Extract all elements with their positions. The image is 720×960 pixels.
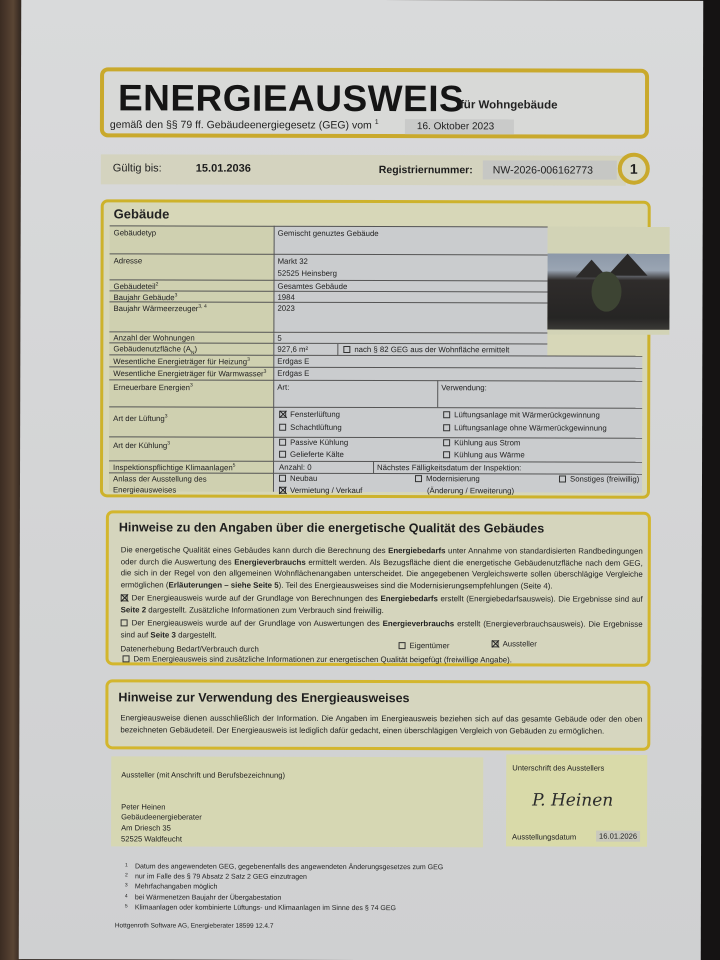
issuer-street: Am Driesch 35 <box>121 823 171 832</box>
building-photo <box>547 253 669 329</box>
issuer-label: Aussteller (mit Anschrift und Berufsbeze… <box>121 770 285 779</box>
units-value: 5 <box>277 334 281 343</box>
footnote: 4bei Wärmenetzen Baujahr der Übergabesta… <box>125 892 443 903</box>
cooling-option[interactable]: Kühlung aus Strom <box>443 438 520 447</box>
building-section: Gebäude Gebäudetyp Gemischt genuztes Geb… <box>100 199 651 498</box>
quality-notes-paragraph: Die energetische Qualität eines Gebäudes… <box>121 544 643 591</box>
ac-count: Anzahl: 0 <box>279 463 312 472</box>
usage-notes-section: Hinweise zur Verwendung des Energieauswe… <box>105 679 650 750</box>
building-type-value: Gemischt genuztes Gebäude <box>278 229 379 238</box>
checkbox-modernization[interactable] <box>415 475 422 482</box>
ventilation-option[interactable]: Fensterlüftung <box>279 410 340 419</box>
document-subtitle: für Wohngebäude <box>460 99 558 111</box>
cooling-option[interactable]: Passive Kühlung <box>279 438 348 447</box>
background-edge-right <box>700 0 720 960</box>
area-label: Gebäudenutzfläche (AN) <box>113 344 197 356</box>
reason-label-line2: Energieausweises <box>113 485 176 494</box>
address-line1: Markt 32 <box>278 257 308 266</box>
signature: P. Heinen <box>532 790 613 810</box>
signature-label: Unterschrift des Ausstellers <box>512 763 604 772</box>
footnote: 3Mehrfachangaben möglich <box>125 882 443 893</box>
consumption-option[interactable]: Der Energieausweis wurde auf der Grundla… <box>121 617 643 641</box>
checkbox-rent-sale[interactable] <box>279 487 286 494</box>
cooling-label: Art der Kühlung3 <box>113 440 170 450</box>
footnote: 5Klimaanlagen oder kombinierte Lüftungs-… <box>125 902 443 913</box>
energy-certificate-page: ENERGIEAUSWEIS für Wohngebäude gemäß den… <box>19 0 704 960</box>
renewables-use-label: Verwendung: <box>441 383 487 392</box>
building-type-label: Gebäudetyp <box>114 228 157 237</box>
area-method-option[interactable]: nach § 82 GEG aus der Wohnfläche ermitte… <box>343 345 509 354</box>
footnotes: 1Datum des angewendeten GEG, gegebenenfa… <box>125 861 443 913</box>
year-building-label: Baujahr Gebäude3 <box>113 292 177 302</box>
data-collection-issuer[interactable]: Aussteller <box>492 639 537 648</box>
checkbox-other[interactable] <box>559 476 566 483</box>
validity-bar: Gültig bis: 15.01.2036 Registriernummer:… <box>101 154 626 185</box>
issuer-city: 52525 Waldfeucht <box>121 834 182 843</box>
registration-number: NW-2026-006162773 <box>483 160 617 179</box>
ac-inspection-label: Inspektionspflichtige Klimaanlagen5 <box>113 462 235 472</box>
checkbox-shaft-ventilation[interactable] <box>279 424 286 431</box>
issuer-profession: Gebäudeenergieberater <box>121 812 202 821</box>
ventilation-option[interactable]: Lüftungsanlage mit Wärmerückgewinnung <box>443 410 600 419</box>
building-part-value: Gesamtes Gebäude <box>277 282 347 291</box>
checkbox-issuer[interactable] <box>492 640 499 647</box>
data-collection-owner[interactable]: Eigentümer <box>399 641 450 650</box>
quality-notes-section: Hinweise zu den Angaben über die energet… <box>106 510 651 666</box>
ventilation-option[interactable]: Schachtlüftung <box>279 423 342 432</box>
checkbox-area-method[interactable] <box>343 346 350 353</box>
software-credit: Hottgenroth Software AG, Energieberater … <box>115 922 274 929</box>
quality-notes-title: Hinweise zu den Angaben über die energet… <box>119 520 544 535</box>
renewables-type-label: Art: <box>277 383 289 392</box>
signature-box: Unterschrift des Ausstellers P. Heinen A… <box>506 754 647 846</box>
checkbox-owner[interactable] <box>399 642 406 649</box>
address-label: Adresse <box>114 256 143 265</box>
demand-option[interactable]: Der Energieausweis wurde auf der Grundla… <box>121 592 643 616</box>
reason-option[interactable]: Sonstiges (freiwillig) <box>559 475 639 484</box>
checkbox-ventilation-without-recovery[interactable] <box>443 424 450 431</box>
document-title: ENERGIEAUSWEIS <box>118 77 464 120</box>
reason-label-line1: Anlass der Ausstellung des <box>113 474 207 483</box>
area-value: 927,6 m² <box>277 345 308 354</box>
issue-date-label: Ausstellungsdatum <box>512 832 576 841</box>
checkbox-cooling-from-heat[interactable] <box>443 451 450 458</box>
checkbox-window-ventilation[interactable] <box>279 411 286 418</box>
registration-label: Registriernummer: <box>379 164 473 176</box>
cooling-option[interactable]: Gelieferte Kälte <box>279 450 344 459</box>
water-carrier-label: Wesentliche Energieträger für Warmwasser… <box>113 368 266 378</box>
cooling-option[interactable]: Kühlung aus Wärme <box>443 450 525 459</box>
building-section-title: Gebäude <box>114 206 170 221</box>
water-carrier-value: Erdgas E <box>277 369 309 378</box>
usage-notes-title: Hinweise zur Verwendung des Energieauswe… <box>118 690 409 705</box>
checkbox-demand-certificate[interactable] <box>121 594 128 601</box>
building-part-label: Gebäudeteil2 <box>113 281 158 291</box>
valid-until-date: 15.01.2036 <box>196 163 251 175</box>
data-collection-label: Datenerhebung Bedarf/Verbrauch durch <box>121 644 259 653</box>
ventilation-label: Art der Lüftung3 <box>113 413 167 423</box>
address-line2: 52525 Heinsberg <box>278 269 337 278</box>
reason-option[interactable]: Modernisierung <box>415 474 480 483</box>
units-label: Anzahl der Wohnungen <box>113 333 194 342</box>
checkbox-additional-info[interactable] <box>123 655 130 662</box>
checkbox-cooling-from-power[interactable] <box>443 439 450 446</box>
heating-carrier-label: Wesentliche Energieträger für Heizung3 <box>113 356 250 366</box>
title-box: ENERGIEAUSWEIS für Wohngebäude gemäß den… <box>100 67 649 138</box>
valid-until-label: Gültig bis: <box>113 162 162 174</box>
checkbox-new-building[interactable] <box>279 475 286 482</box>
issue-date: 16.01.2026 <box>596 831 640 842</box>
ventilation-option[interactable]: Lüftungsanlage ohne Wärmerückgewinnung <box>443 423 607 432</box>
page-number-badge: 1 <box>618 153 650 185</box>
reason-option[interactable]: Vermietung / Verkauf <box>279 486 362 495</box>
checkbox-consumption-certificate[interactable] <box>121 619 128 626</box>
additional-info-option[interactable]: Dem Energieausweis sind zusätzliche Info… <box>123 654 512 664</box>
year-building-value: 1984 <box>277 293 294 302</box>
law-text: gemäß den §§ 79 ff. Gebäudeenergiegesetz… <box>110 119 372 132</box>
law-reference: gemäß den §§ 79 ff. Gebäudeenergiegesetz… <box>110 118 379 131</box>
renewables-label: Erneuerbare Energien3 <box>113 382 193 392</box>
heating-carrier-value: Erdgas E <box>277 357 309 366</box>
checkbox-ventilation-with-recovery[interactable] <box>443 411 450 418</box>
checkbox-delivered-cold[interactable] <box>279 451 286 458</box>
checkbox-passive-cooling[interactable] <box>279 439 286 446</box>
year-heater-value: 2023 <box>277 304 294 313</box>
ac-next-due-label: Nächstes Fälligkeitsdatum der Inspektion… <box>377 463 521 472</box>
issuer-name: Peter Heinen <box>121 802 165 811</box>
law-date: 16. Oktober 2023 <box>405 119 514 134</box>
year-heater-label: Baujahr Wärmeerzeuger3, 4 <box>113 303 206 313</box>
reason-option[interactable]: Neubau <box>279 474 317 483</box>
reason-option-sub: (Änderung / Erweiterung) <box>427 486 514 495</box>
law-footnote: 1 <box>375 119 379 126</box>
issuer-box: Aussteller (mit Anschrift und Berufsbeze… <box>111 756 483 847</box>
usage-notes-text: Energieausweise dienen ausschließlich de… <box>120 712 642 736</box>
